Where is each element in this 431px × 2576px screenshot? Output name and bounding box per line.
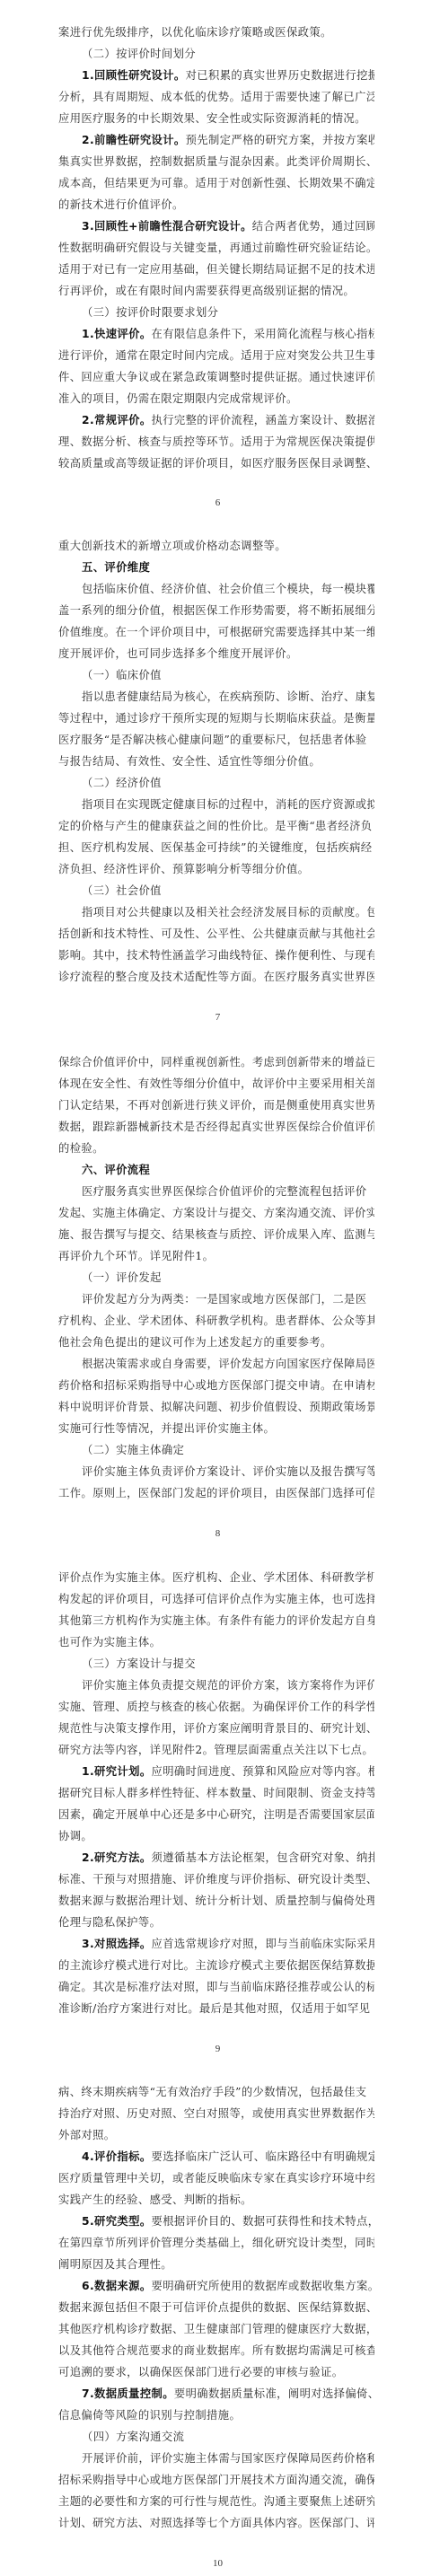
paragraph-line: 疗机构、企业、学术团体、科研教学机构。患者群体、公众等其 bbox=[58, 1310, 374, 1332]
paragraph-line: 再评价九个环节。详见附件1。 bbox=[58, 1245, 374, 1267]
paragraph-line: 适用于对已有一定应用基础，但关键长期结局证据不足的技术进 bbox=[58, 259, 374, 280]
paragraph-line: 门认定结果，不再对创新进行狭义评价，而是侧重使用真实世界 bbox=[58, 1095, 374, 1116]
paragraph-line: 因素，确定开展单中心还是多中心研究，注明是否需要国家层面 bbox=[58, 1804, 374, 1825]
paragraph-first-line: 2.前瞻性研究设计。预先制定严格的研究方案，并按方案收 bbox=[82, 129, 374, 151]
paragraph-line: 的主流诊疗模式进行对比。主流诊疗模式主要依据医保结算数据 bbox=[58, 1955, 374, 1976]
paragraph-text: 评价实施主体负责评价方案设计、评价实施以及报告撰写等 bbox=[82, 1465, 374, 1478]
item-title: 6.数据来源。 bbox=[82, 2280, 152, 2292]
item-title: 3.对照选择。 bbox=[82, 1938, 152, 1950]
paragraph-line: 准入的项目，仍需在限定期限内完成常规评价。 bbox=[58, 388, 374, 409]
paragraph-line: 济负担、经济性评价、预算影响分析等细分价值。 bbox=[58, 858, 374, 880]
item-title: 7.数据质量控制。 bbox=[82, 2387, 174, 2400]
paragraph-line: 实施、管理、质控与核查的核心依据。为确保评价工作的科学性、 bbox=[58, 1696, 374, 1718]
paragraph-line: 盖一系列的细分价值，根据医保工作形势需要，将不断拓展细分 bbox=[58, 600, 374, 621]
page-number: 9 bbox=[0, 2044, 431, 2054]
paragraph-line: 协调。 bbox=[58, 1825, 374, 1847]
paragraph-first-line: 6.数据来源。要明确研究所使用的数据库或数据收集方案。 bbox=[82, 2275, 374, 2297]
paragraph-first-line: 评价发起方分为两类：一是国家或地方医保部门，二是医 bbox=[82, 1288, 374, 1310]
paragraph-first-line: 7.数据质量控制。要明确数据质量标准，阐明对选择偏倚、 bbox=[82, 2383, 374, 2405]
paragraph-text: 要明确研究所使用的数据库或数据收集方案。 bbox=[152, 2280, 374, 2292]
paragraph-text: 对已积累的真实世界历史数据进行挖掘 bbox=[186, 69, 374, 82]
item-title: 4.评价指标。 bbox=[82, 2150, 152, 2163]
paragraph-text: 根据决策需求或自身需要，评价发起方向国家医疗保障局医 bbox=[82, 1358, 374, 1370]
paragraph-text: 执行完整的评价流程，涵盖方案设计、数据治 bbox=[152, 414, 374, 426]
paragraph-first-line: 开展评价前，评价实施主体需与国家医疗保障局医药价格和 bbox=[82, 2448, 374, 2469]
item-title: 2.常规评价。 bbox=[82, 414, 152, 426]
paragraph-text: 结合两者优势，通过回顾 bbox=[252, 220, 374, 233]
page-number: 6 bbox=[0, 497, 431, 508]
paragraph-line: 较高质量或高等级证据的评价项目，如医疗服务医保目录调整、 bbox=[58, 453, 374, 474]
paragraph-line: 研究方法等内容，详见附件2。管理层面需重点关注以下七点。 bbox=[58, 1739, 374, 1761]
paragraph-first-line: 5.研究类型。要根据评价目的、数据可获得性和技术特点， bbox=[82, 2211, 374, 2232]
paragraph-line: 数据来源包括但不限于可信评价点提供的数据、医保结算数据、 bbox=[58, 2297, 374, 2318]
paragraph-line: 可追溯的要求，以确保医保部门进行必要的审核与验证。 bbox=[58, 2361, 374, 2383]
paragraph-line: 与报告结局、有效性、安全性、适宜性等细分价值。 bbox=[58, 751, 374, 772]
paragraph-text: 应首选常规诊疗对照，即与当前临床实际采用 bbox=[152, 1938, 374, 1950]
paragraph-line: 括创新和技术特性、可及性、公平性、公共健康贡献与其他社会 bbox=[58, 923, 374, 945]
subsection-heading: （三）社会价值 bbox=[82, 880, 398, 901]
paragraph-line: 等过程中，通过诊疗干预所实现的短期与长期临床获益。是衡量 bbox=[58, 708, 374, 729]
paragraph-line: 外部对照。 bbox=[58, 2124, 374, 2146]
paragraph-line: 影响。其中，技术特性涵盖学习曲线特征、操作便利性、与现有 bbox=[58, 945, 374, 966]
paragraph-line: 体现在安全性、有效性等细分价值中，故评价中主要采用相关部 bbox=[58, 1073, 374, 1095]
paragraph-text: 须遵循基本方法论框架，包含研究对象、纳排 bbox=[152, 1851, 374, 1864]
paragraph-line: 成本高，但结果更为可靠。适用于对创新性强、长期效果不确定 bbox=[58, 172, 374, 194]
paragraph-text: 要根据评价目的、数据可获得性和技术特点， bbox=[152, 2215, 374, 2228]
paragraph-line: 工作。原则上，医保部门发起的评价项目，由医保部门选择可信 bbox=[58, 1482, 374, 1504]
paragraph-line: 进行评价，通常在限定时间内完成。适用于应对突发公共卫生事 bbox=[58, 345, 374, 366]
paragraph-line: 确定。其次是标准疗法对照，即与当前临床路径推荐或公认的标 bbox=[58, 1976, 374, 1998]
item-title: 3.回顾性+前瞻性混合研究设计。 bbox=[82, 220, 252, 233]
paragraph-text: 要明确数据质量标准，阐明对选择偏倚、 bbox=[174, 2387, 374, 2400]
paragraph-line: 实施可行性等情况，并提出评价实施主体。 bbox=[58, 1418, 374, 1439]
paragraph-first-line: 医疗服务真实世界医保综合价值评价的完整流程包括评价 bbox=[82, 1181, 374, 1202]
paragraph-line: 诊疗流程的整合度及技术适配性等方面。在医疗服务真实世界医 bbox=[58, 966, 374, 988]
paragraph-line: 病、终末期疾病等“无有效治疗手段”的少数情况，包括最佳支 bbox=[58, 2081, 374, 2103]
subsection-heading: （四）方案沟通交流 bbox=[82, 2426, 398, 2448]
paragraph-line: 他社会角色提出的建议可作为上述发起方的重要参考。 bbox=[58, 1332, 374, 1353]
subsection-heading: （三）方案设计与提交 bbox=[82, 1653, 398, 1675]
paragraph-first-line: 根据决策需求或自身需要，评价发起方向国家医疗保障局医 bbox=[82, 1353, 374, 1375]
paragraph-text: 评价发起方分为两类：一是国家或地方医保部门，二是医 bbox=[82, 1293, 366, 1306]
paragraph-line: 理、数据分析、核查与质控等环节。适用于为常规医保决策提供 bbox=[58, 431, 374, 453]
item-title: 2.前瞻性研究设计。 bbox=[82, 134, 186, 146]
paragraph-line: 料中说明评价背景、拟解决问题、初步价值假设、预期政策场景、 bbox=[58, 1396, 374, 1418]
paragraph-line: 以及其他符合规范要求的商业数据库。所有数据均需满足可核查、 bbox=[58, 2340, 374, 2361]
paragraph-line: 据研究目标人群多样性特征、样本数量、时间限制、资金支持等 bbox=[58, 1782, 374, 1804]
paragraph-line: 评价点作为实施主体。医疗机构、企业、学术团体、科研教学机 bbox=[58, 1567, 374, 1588]
subsection-heading: （二）按评价时间划分 bbox=[82, 43, 398, 65]
paragraph-line: 医疗质量管理中关切，或者能反映临床专家在真实诊疗环境中经 bbox=[58, 2167, 374, 2189]
paragraph-line: 数据，跟踪新器械新技术是否经得起真实世界医保综合价值评价 bbox=[58, 1116, 374, 1138]
paragraph-line: 集真实世界数据，控制数据质量与混杂因素。此类评价周期长、 bbox=[58, 151, 374, 172]
paragraph-line: 招标采购指导中心或地方医保部门开展技术方面沟通交流，确保 bbox=[58, 2469, 374, 2491]
paragraph-line: 数据来源与数据治理计划、统计分析计划、质量控制与偏倚处理、 bbox=[58, 1890, 374, 1912]
paragraph-text: 评价实施主体负责提交规范的评价方案，该方案将作为评价 bbox=[82, 1679, 374, 1692]
item-title: 2.研究方法。 bbox=[82, 1851, 152, 1864]
paragraph-first-line: 1.回顾性研究设计。对已积累的真实世界历史数据进行挖掘 bbox=[82, 65, 374, 86]
paragraph-line: 也可作为实施主体。 bbox=[58, 1631, 374, 1653]
subsection-heading: （二）实施主体确定 bbox=[82, 1439, 398, 1461]
paragraph-line: 发起、实施主体确定、方案设计与提交、方案沟通交流、评价实 bbox=[58, 1202, 374, 1224]
paragraph-text: 指项目对公共健康以及相关社会经济发展目标的贡献度。包 bbox=[82, 906, 374, 919]
paragraph-line: 其他第三方机构作为实施主体。有条件有能力的评价发起方自身 bbox=[58, 1610, 374, 1631]
paragraph-line: 持治疗对照、历史对照、空白对照等，或使用真实世界数据作为 bbox=[58, 2103, 374, 2124]
paragraph-text: 应明确时间进度、预算和风险应对等内容。根 bbox=[152, 1765, 374, 1778]
paragraph-text: 指项目在实现既定健康目标的过程中，消耗的医疗资源或拟 bbox=[82, 798, 374, 811]
paragraph-text: 预先制定严格的研究方案，并按方案收 bbox=[186, 134, 374, 146]
subsection-heading: （一）临床价值 bbox=[82, 664, 398, 686]
paragraph-line: 案进行优先级排序，以优化临床诊疗策略或医保政策。 bbox=[58, 22, 374, 43]
item-title: 1.研究计划。 bbox=[82, 1765, 152, 1778]
subsection-heading: （一）评价发起 bbox=[82, 1267, 398, 1288]
paragraph-line: 规范性与决策支撑作用，评价方案应阐明背景目的、研究计划、 bbox=[58, 1718, 374, 1739]
paragraph-line: 分析，具有周期短、成本低的优势。适用于需要快速了解已广泛 bbox=[58, 86, 374, 108]
item-title: 5.研究类型。 bbox=[82, 2215, 152, 2228]
page-number: 7 bbox=[0, 1012, 431, 1023]
paragraph-first-line: 1.快速评价。在有限信息条件下，采用简化流程与核心指标 bbox=[82, 323, 374, 345]
paragraph-line: 性数据明确研究假设与关键变量，再通过前瞻性研究验证结论。 bbox=[58, 237, 374, 259]
paragraph-line: 标准、干预与对照措施、评价维度与评价指标、研究设计类型、 bbox=[58, 1868, 374, 1890]
paragraph-line: 的新技术进行价值评价。 bbox=[58, 194, 374, 215]
paragraph-line: 阐明原因及其合理性。 bbox=[58, 2254, 374, 2275]
paragraph-line: 主题的必要性和方案的可行性与规范性。沟通主要聚焦上述研究 bbox=[58, 2491, 374, 2512]
paragraph-line: 重大创新技术的新增立项或价格动态调整等。 bbox=[58, 535, 374, 557]
paragraph-line: 担、医疗机构发展、医保基金可持续”的关键维度，包括疾病经 bbox=[58, 837, 374, 858]
paragraph-line: 行再评价，或在有限时间内需要获得更高级别证据的情况。 bbox=[58, 280, 374, 302]
paragraph-first-line: 3.回顾性+前瞻性混合研究设计。结合两者优势，通过回顾 bbox=[82, 215, 374, 237]
paragraph-text: 要选择临床广泛认可、临床路径中有明确规定、 bbox=[152, 2150, 374, 2163]
paragraph-first-line: 包括临床价值、经济价值、社会价值三个模块，每一模块覆 bbox=[82, 578, 374, 600]
item-title: 1.快速评价。 bbox=[82, 328, 152, 340]
subsection-heading: （三）按评价时限要求划分 bbox=[82, 302, 398, 323]
paragraph-first-line: 评价实施主体负责评价方案设计、评价实施以及报告撰写等 bbox=[82, 1461, 374, 1482]
paragraph-first-line: 4.评价指标。要选择临床广泛认可、临床路径中有明确规定、 bbox=[82, 2146, 374, 2167]
paragraph-line: 应用医疗服务的中长期效果、安全性或实际资源消耗的情况。 bbox=[58, 108, 374, 129]
paragraph-first-line: 指项目对公共健康以及相关社会经济发展目标的贡献度。包 bbox=[82, 901, 374, 923]
paragraph-line: 药价格和招标采购指导中心或地方医保部门提交申请。在申请材 bbox=[58, 1375, 374, 1396]
paragraph-line: 施、报告撰写与提交、结果核查与质控、评价成果入库、监测与 bbox=[58, 1224, 374, 1245]
paragraph-line: 件、回应重大争议或在紧急政策调整时提供证据。通过快速评价 bbox=[58, 366, 374, 388]
paragraph-text: 指以患者健康结局为核心，在疾病预防、诊断、治疗、康复 bbox=[82, 690, 374, 703]
section-heading: 五、评价维度 bbox=[82, 557, 374, 578]
paragraph-line: 计划、研究方法、对照选择等七个方面具体内容。医保部门、评 bbox=[58, 2512, 374, 2534]
paragraph-line: 实践产生的经验、感受、判断的指标。 bbox=[58, 2189, 374, 2211]
paragraph-text: 开展评价前，评价实施主体需与国家医疗保障局医药价格和 bbox=[82, 2452, 374, 2465]
paragraph-line: 信息偏倚等风险的识别与控制措施。 bbox=[58, 2405, 374, 2426]
paragraph-first-line: 指项目在实现既定健康目标的过程中，消耗的医疗资源或拟 bbox=[82, 794, 374, 815]
paragraph-first-line: 3.对照选择。应首选常规诊疗对照，即与当前临床实际采用 bbox=[82, 1933, 374, 1955]
paragraph-line: 构发起的评价项目，可选择可信评价点作为实施主体，也可选择 bbox=[58, 1588, 374, 1610]
paragraph-text: 在有限信息条件下，采用简化流程与核心指标 bbox=[152, 328, 374, 340]
paragraph-line: 保综合价值评价中，同样重视创新性。考虑到创新带来的增益已 bbox=[58, 1051, 374, 1073]
paragraph-line: 伦理与隐私保护等。 bbox=[58, 1912, 374, 1933]
paragraph-line: 的检验。 bbox=[58, 1138, 374, 1159]
paragraph-first-line: 1.研究计划。应明确时间进度、预算和风险应对等内容。根 bbox=[82, 1761, 374, 1782]
paragraph-line: 其他医疗机构诊疗数据、卫生健康部门管理的健康医疗大数据， bbox=[58, 2318, 374, 2340]
paragraph-line: 医疗服务“是否解决核心健康问题”的重要标尺，包括患者体验 bbox=[58, 729, 374, 751]
section-heading: 六、评价流程 bbox=[82, 1159, 374, 1181]
paragraph-line: 价值维度。在一个评价项目中，可根据研究需要选择其中某一维 bbox=[58, 621, 374, 643]
paragraph-line: 在第四章节所列评价管理分类基础上，细化研究设计类型，同时 bbox=[58, 2232, 374, 2254]
paragraph-first-line: 2.研究方法。须遵循基本方法论框架，包含研究对象、纳排 bbox=[82, 1847, 374, 1868]
page-number: 8 bbox=[0, 1528, 431, 1539]
paragraph-line: 准诊断/治疗方案进行对比。最后是其他对照，仅适用于如罕见 bbox=[58, 1998, 374, 2019]
page-number: 10 bbox=[0, 2558, 431, 2569]
paragraph-text: 医疗服务真实世界医保综合价值评价的完整流程包括评价 bbox=[82, 1185, 366, 1198]
item-title: 1.回顾性研究设计。 bbox=[82, 69, 186, 82]
paragraph-first-line: 2.常规评价。执行完整的评价流程，涵盖方案设计、数据治 bbox=[82, 409, 374, 431]
paragraph-line: 度开展评价，也可同步选择多个维度开展评价。 bbox=[58, 643, 374, 664]
paragraph-line: 定的价格与产生的健康获益之间的性价比。是平衡“患者经济负 bbox=[58, 815, 374, 837]
paragraph-first-line: 指以患者健康结局为核心，在疾病预防、诊断、治疗、康复 bbox=[82, 686, 374, 708]
subsection-heading: （二）经济价值 bbox=[82, 772, 398, 794]
paragraph-text: 包括临床价值、经济价值、社会价值三个模块，每一模块覆 bbox=[82, 583, 374, 595]
paragraph-first-line: 评价实施主体负责提交规范的评价方案，该方案将作为评价 bbox=[82, 1675, 374, 1696]
